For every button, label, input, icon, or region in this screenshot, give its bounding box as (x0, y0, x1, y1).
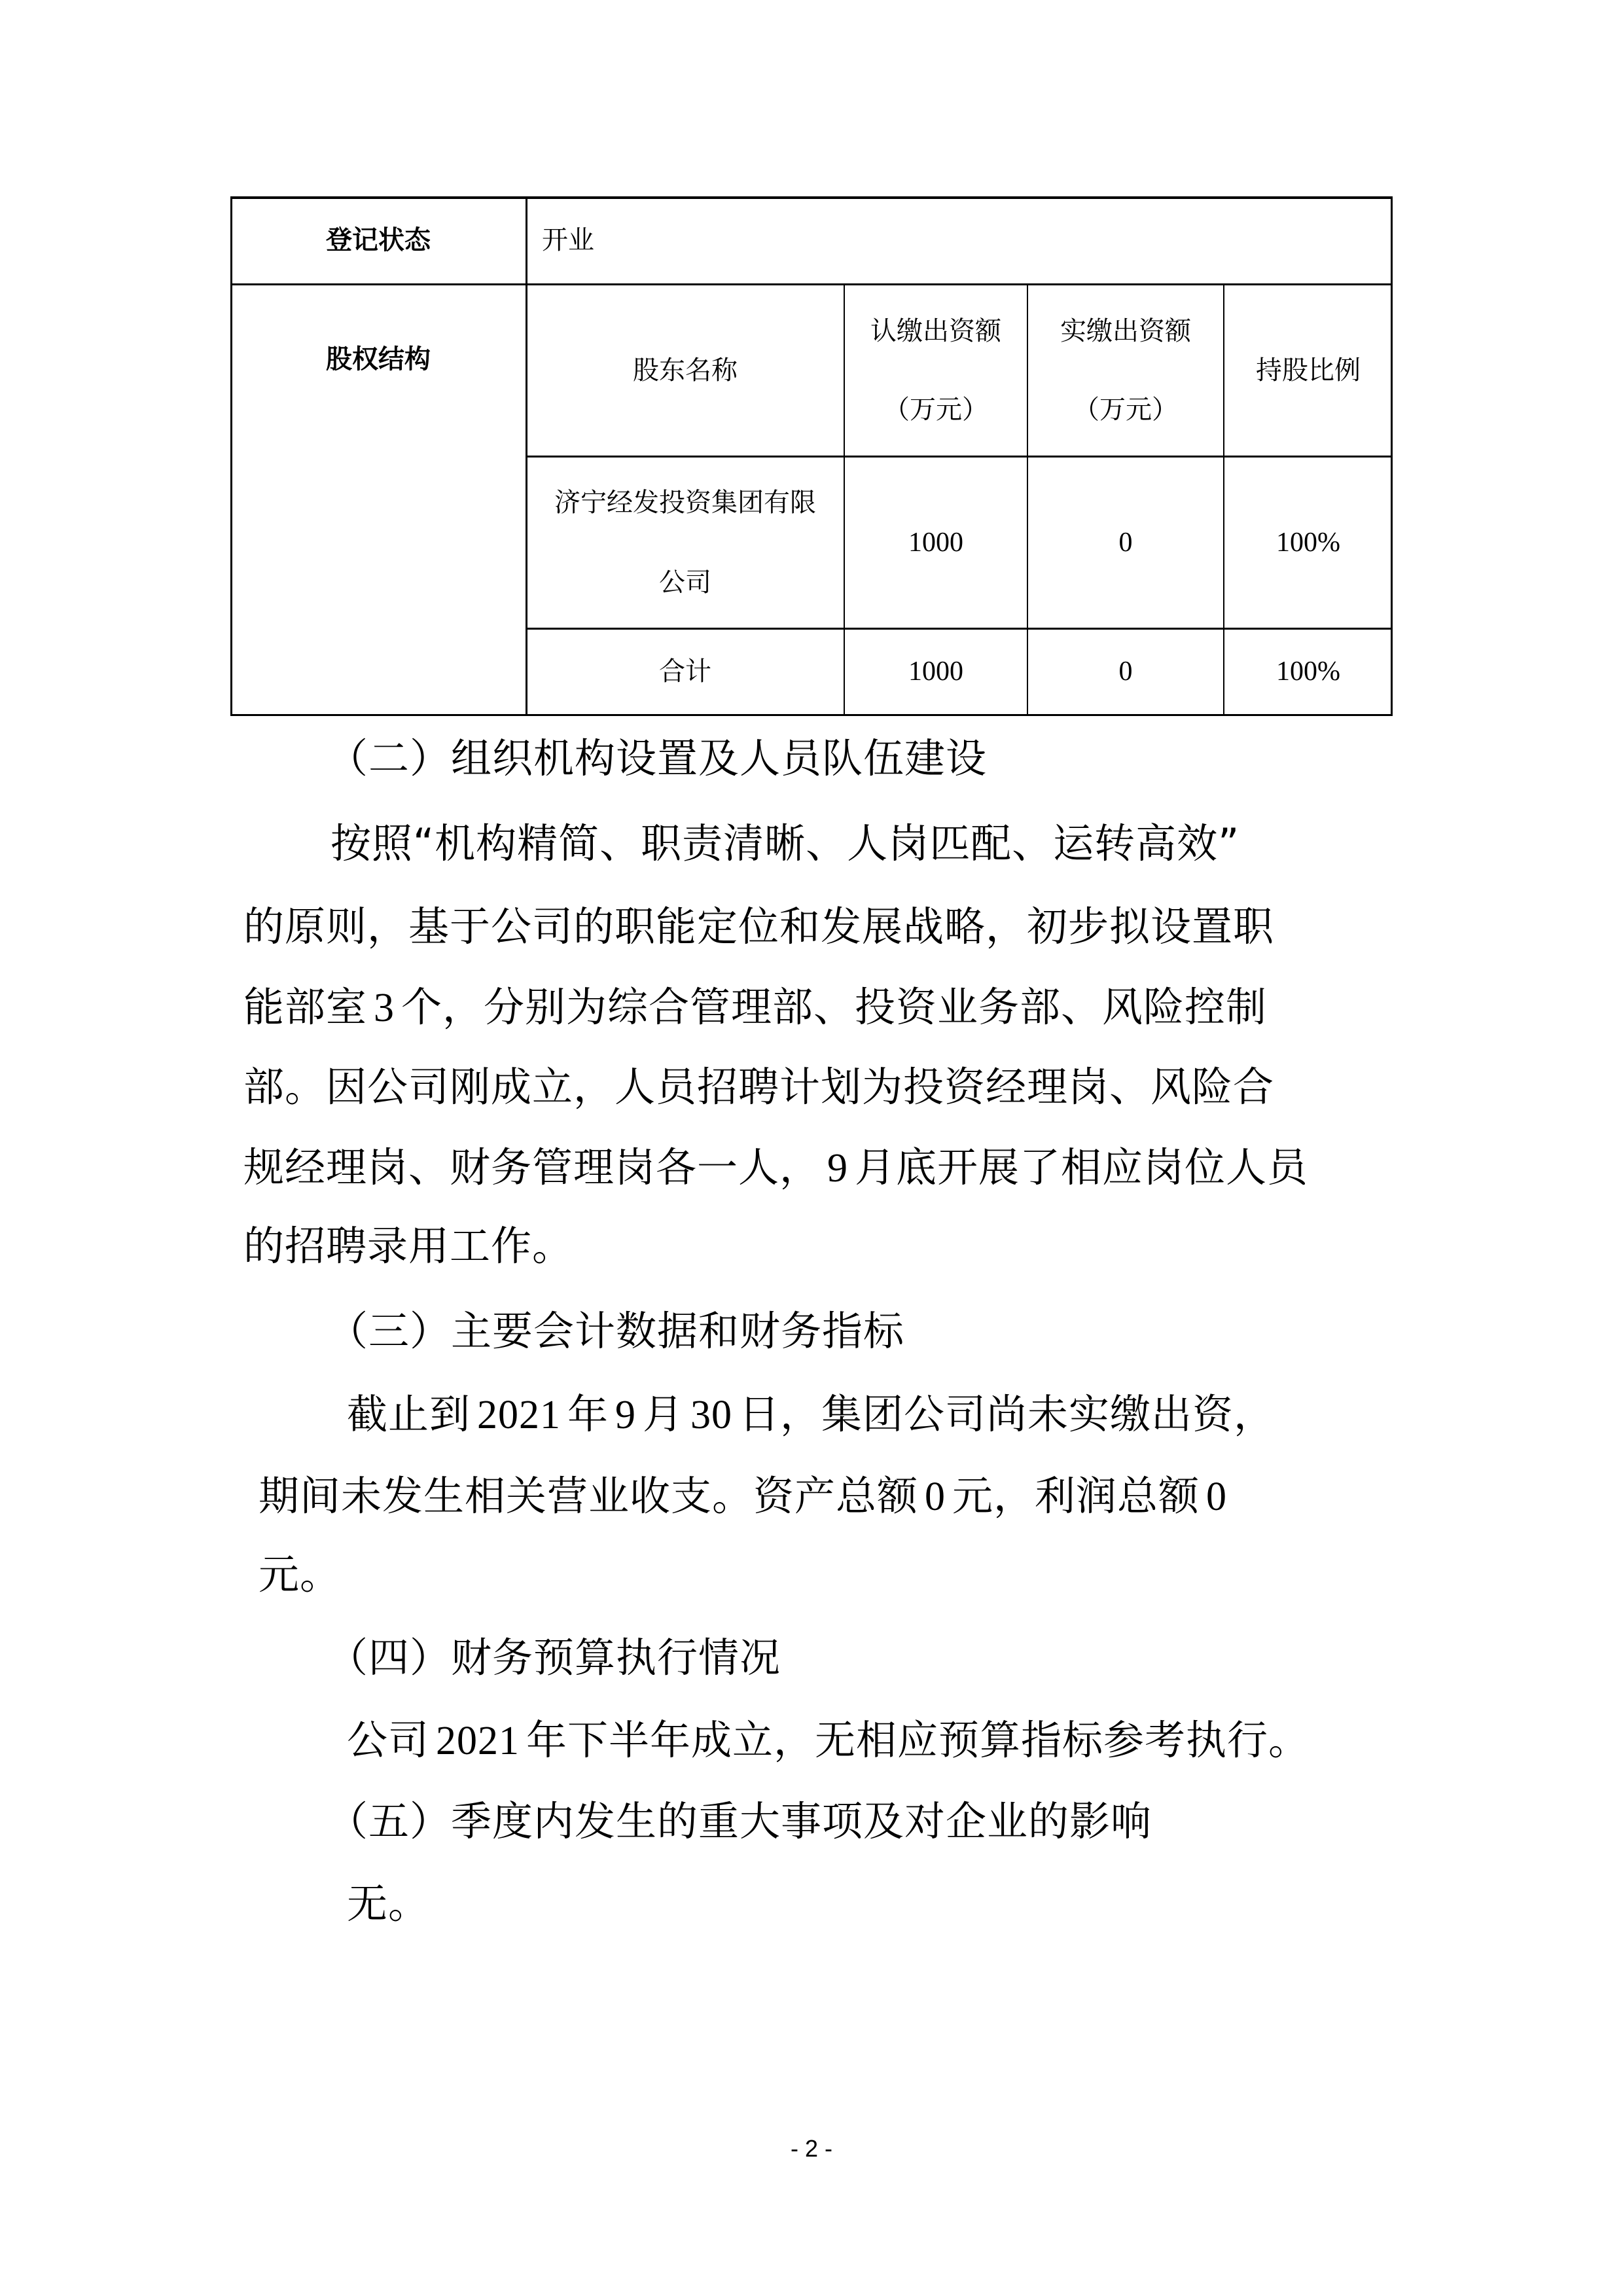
section-2-p1-line4: 部。因公司刚成立，人员招聘计划为投资经理岗、风险合 (243, 1067, 1274, 1107)
section-2-p1-line3-a: 能部室 (243, 983, 367, 1031)
header-subscribed-line1: 认缴出资额 (870, 318, 1001, 344)
section-2-p1-line6: 的招聘录用工作。 (243, 1226, 573, 1266)
section-2-p1-line5: 规经理岗、财务管理岗各一人，9月底开展了相应岗位人员 (243, 1147, 1308, 1189)
header-paidin-line2: （万元） (1073, 397, 1178, 423)
status-value: 开业 (526, 196, 1393, 284)
section-3-line1-c: 月 (643, 1390, 684, 1438)
header-shareholder-name: 股东名称 (526, 284, 844, 456)
established-year: 2021 (436, 1719, 520, 1763)
report-day: 30 (690, 1393, 732, 1437)
section-2-p1-line5-b: 月底开展了相应岗位人员 (855, 1143, 1308, 1191)
shareholder-ratio: 100% (1224, 456, 1393, 628)
report-month: 9 (615, 1393, 636, 1437)
total-assets-value: 0 (925, 1475, 946, 1519)
shareholder-name: 济宁经发投资集团有限 公司 (526, 456, 844, 628)
section-3-line1: 截止到2021年9月30日，集团公司尚未实缴出资， (347, 1394, 1275, 1435)
total-profit-value: 0 (1206, 1475, 1227, 1519)
total-subscribed: 1000 (844, 628, 1027, 715)
section-4-heading: （四）财务预算执行情况 (327, 1638, 781, 1678)
report-year: 2021 (477, 1393, 561, 1437)
header-shareholding-ratio: 持股比例 (1224, 284, 1393, 456)
header-subscribed-line2: （万元） (883, 397, 988, 423)
section-3-line2-b: 元，利润总额 (952, 1472, 1200, 1520)
section-3-line1-d: 日，集团公司尚未实缴出资， (739, 1390, 1275, 1438)
company-info-table: 登记状态 开业 股权结构 股东名称 认缴出资额 （万元） 实缴出资额 （万元） … (230, 196, 1393, 716)
header-paidin-capital: 实缴出资额 （万元） (1027, 284, 1224, 456)
section-2-p1-line3: 能部室3个，分别为综合管理部、投资业务部、风险控制 (243, 987, 1267, 1028)
section-3-line1-a: 截止到 (347, 1390, 471, 1438)
section-2-p1-line2: 的原则，基于公司的职能定位和发展战略，初步拟设置职 (243, 906, 1274, 947)
header-paidin-line1: 实缴出资额 (1060, 318, 1191, 344)
shareholder-paidin: 0 (1027, 456, 1224, 628)
section-4-line1: 公司2021年下半年成立，无相应预算指标参考执行。 (347, 1720, 1310, 1761)
section-2-p1-line3-b: 个，分别为综合管理部、投资业务部、风险控制 (401, 983, 1267, 1031)
section-4-line1-b: 年下半年成立，无相应预算指标参考执行。 (526, 1716, 1310, 1764)
section-5-heading: （五）季度内发生的重大事项及对企业的影响 (327, 1801, 1152, 1842)
header-subscribed-capital: 认缴出资额 （万元） (844, 284, 1027, 456)
recruitment-month: 9 (827, 1146, 848, 1191)
section-5-line1: 无。 (347, 1884, 429, 1924)
shareholder-name-line2: 公司 (659, 569, 711, 596)
section-3-line3: 元。 (259, 1554, 341, 1595)
shareholder-name-line1: 济宁经发投资集团有限 (554, 490, 816, 516)
section-3-line2: 期间未发生相关营业收支。资产总额0元，利润总额0 (259, 1476, 1234, 1517)
page-number: - 2 - (0, 2135, 1623, 2162)
total-label: 合计 (526, 628, 844, 715)
section-2-p1-line1: 按照“机构精简、职责清晰、人岗匹配、运转高效” (330, 823, 1240, 864)
section-3-line2-a: 期间未发生相关营业收支。资产总额 (259, 1472, 918, 1520)
section-4-line1-a: 公司 (347, 1716, 429, 1764)
equity-structure-label: 股权结构 (230, 284, 526, 435)
section-3-heading: （三）主要会计数据和财务指标 (327, 1311, 904, 1352)
status-label: 登记状态 (230, 196, 526, 284)
total-ratio: 100% (1224, 628, 1393, 715)
section-3-line1-b: 年 (567, 1390, 609, 1438)
section-2-heading: （二）组织机构设置及人员队伍建设 (327, 738, 987, 779)
total-paidin: 0 (1027, 628, 1224, 715)
section-2-p1-line5-a: 规经理岗、财务管理岗各一人， (243, 1143, 821, 1191)
department-count: 3 (374, 986, 395, 1030)
shareholder-subscribed: 1000 (844, 456, 1027, 628)
